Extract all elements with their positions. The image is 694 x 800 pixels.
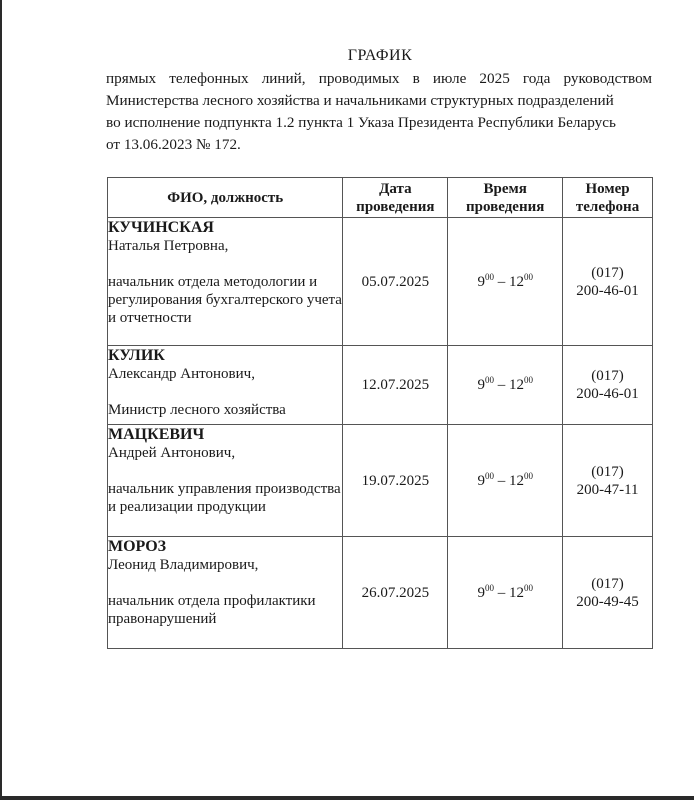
phone-number: 200-49-45 — [563, 593, 652, 611]
header-date-line1: Дата — [379, 181, 411, 197]
time-start-hour: 9 — [477, 473, 485, 489]
person-cell: МОРОЗ Леонид Владимирович, начальник отд… — [108, 537, 343, 649]
phone-code: (017) — [563, 575, 652, 593]
person-position: начальник управления производства и реал… — [108, 480, 342, 516]
time-end-min: 00 — [524, 471, 533, 481]
person-cell: МАЦКЕВИЧ Андрей Антонович, начальник упр… — [108, 425, 343, 537]
phone-code: (017) — [563, 264, 652, 282]
person-given-names: Андрей Антонович, — [108, 444, 342, 462]
phone-code: (017) — [563, 463, 652, 481]
time-start-min: 00 — [485, 272, 494, 282]
header-time: Время проведения — [448, 178, 563, 218]
header-date-line2: проведения — [356, 199, 434, 215]
page-bottom-edge — [0, 796, 694, 800]
person-position: начальник отдела профилактики правонаруш… — [108, 592, 342, 628]
header-name-position-label: ФИО, должность — [167, 190, 283, 206]
person-given-names: Наталья Петровна, — [108, 237, 342, 255]
person-surname: МОРОЗ — [108, 537, 342, 556]
person-cell: КУЧИНСКАЯ Наталья Петровна, начальник от… — [108, 218, 343, 346]
person-cell: КУЛИК Александр Антонович, Министр лесно… — [108, 346, 343, 425]
phone-cell: (017) 200-49-45 — [563, 537, 653, 649]
table-row: МАЦКЕВИЧ Андрей Антонович, начальник упр… — [108, 425, 653, 537]
date-cell: 19.07.2025 — [343, 425, 448, 537]
person-position: Министр лесного хозяйства — [108, 401, 342, 419]
header-date: Дата проведения — [343, 178, 448, 218]
intro-line: Министерства лесного хозяйства и начальн… — [106, 90, 652, 112]
time-start-min: 00 — [485, 583, 494, 593]
phone-cell: (017) 200-46-01 — [563, 346, 653, 425]
time-end-hour: 12 — [509, 473, 524, 489]
table-row: КУЧИНСКАЯ Наталья Петровна, начальник от… — [108, 218, 653, 346]
time-start-hour: 9 — [477, 585, 485, 601]
time-end-min: 00 — [524, 375, 533, 385]
phone-code: (017) — [563, 367, 652, 385]
phone-cell: (017) 200-46-01 — [563, 218, 653, 346]
date-cell: 26.07.2025 — [343, 537, 448, 649]
time-separator: – — [494, 377, 509, 393]
phone-number: 200-46-01 — [563, 385, 652, 403]
time-end-hour: 12 — [509, 585, 524, 601]
time-start-hour: 9 — [477, 377, 485, 393]
person-surname: МАЦКЕВИЧ — [108, 425, 342, 444]
person-surname: КУЛИК — [108, 346, 342, 365]
time-cell: 900 – 1200 — [448, 425, 563, 537]
intro-line: во исполнение подпункта 1.2 пункта 1 Ука… — [106, 112, 652, 134]
header-time-line2: проведения — [466, 199, 544, 215]
time-cell: 900 – 1200 — [448, 346, 563, 425]
table-header-row: ФИО, должность Дата проведения Время про… — [108, 178, 653, 218]
person-position: начальник отдела методологии и регулиров… — [108, 273, 342, 327]
time-end-hour: 12 — [509, 274, 524, 290]
date-cell: 12.07.2025 — [343, 346, 448, 425]
intro-line: от 13.06.2023 № 172. — [106, 134, 652, 156]
time-separator: – — [494, 585, 509, 601]
time-start-hour: 9 — [477, 274, 485, 290]
header-time-line1: Время — [484, 181, 527, 197]
time-end-hour: 12 — [509, 377, 524, 393]
time-separator: – — [494, 274, 509, 290]
document-intro: прямых телефонных линий, проводимых в ию… — [106, 68, 652, 156]
time-cell: 900 – 1200 — [448, 218, 563, 346]
time-start-min: 00 — [485, 471, 494, 481]
phone-number: 200-47-11 — [563, 481, 652, 499]
intro-line: прямых телефонных линий, проводимых в ию… — [106, 68, 652, 90]
table-row: КУЛИК Александр Антонович, Министр лесно… — [108, 346, 653, 425]
phone-cell: (017) 200-47-11 — [563, 425, 653, 537]
document-title: ГРАФИК — [0, 47, 694, 65]
header-phone-line2: телефона — [576, 199, 639, 215]
schedule-table: ФИО, должность Дата проведения Время про… — [107, 177, 653, 649]
page-left-edge — [0, 0, 2, 800]
time-separator: – — [494, 473, 509, 489]
header-phone-line1: Номер — [586, 181, 630, 197]
person-given-names: Александр Антонович, — [108, 365, 342, 383]
phone-number: 200-46-01 — [563, 282, 652, 300]
time-start-min: 00 — [485, 375, 494, 385]
table-row: МОРОЗ Леонид Владимирович, начальник отд… — [108, 537, 653, 649]
time-end-min: 00 — [524, 583, 533, 593]
header-phone: Номер телефона — [563, 178, 653, 218]
time-cell: 900 – 1200 — [448, 537, 563, 649]
person-given-names: Леонид Владимирович, — [108, 556, 342, 574]
header-name-position: ФИО, должность — [108, 178, 343, 218]
date-cell: 05.07.2025 — [343, 218, 448, 346]
person-surname: КУЧИНСКАЯ — [108, 218, 342, 237]
time-end-min: 00 — [524, 272, 533, 282]
